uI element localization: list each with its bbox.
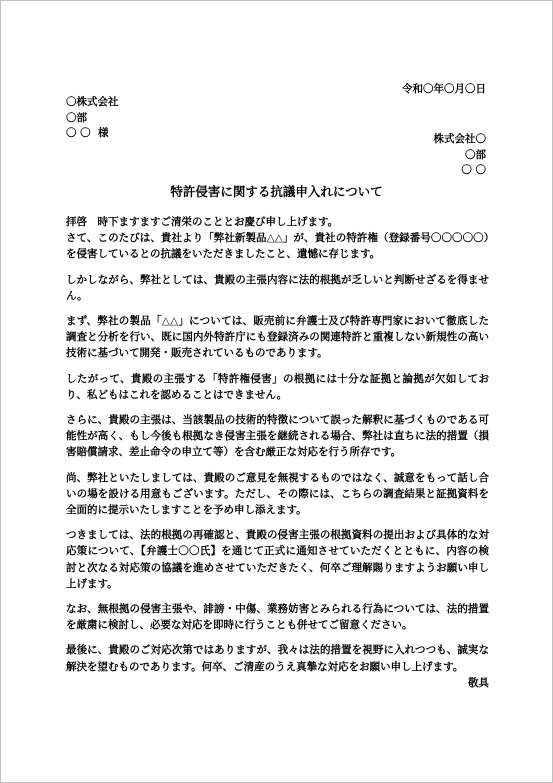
paragraph-position: しかしながら、弊社としては、貴殿の主張内容に法的根拠が乏しいと判断せざるを得ませ… [66, 272, 489, 304]
paragraph-dialogue: 尚、弊社といたしましては、貴殿のご意見を無視するものではなく、誠意をもって話し合… [66, 470, 489, 519]
recipient-company: 〇株式会社 [66, 95, 119, 111]
sender-company: 株式会社〇 [434, 132, 487, 148]
recipient-name: 〇 〇 様 [66, 126, 119, 142]
recipient-block: 〇株式会社 〇部 〇 〇 様 [66, 95, 119, 142]
sender-name: 〇 〇 [434, 163, 487, 179]
paragraph-warning: さらに、貴殿の主張は、当該製品の技術的特徴について誤った解釈に基づくものである可… [66, 412, 489, 461]
paragraph-final: 最後に、貴殿のご対応次第ではありますが、我々は法的措置を視野に入れつつも、誠実な… [66, 642, 489, 674]
closing-remark: 敬具 [66, 675, 489, 691]
letter-date: 令和〇年〇月〇日 [402, 81, 486, 96]
sender-block: 株式会社〇 〇部 〇 〇 [434, 132, 487, 179]
document-page: 令和〇年〇月〇日 〇株式会社 〇部 〇 〇 様 株式会社〇 〇部 〇 〇 特許侵… [0, 0, 553, 783]
recipient-department: 〇部 [66, 111, 119, 127]
letter-body: 拝啓 時下ますますご清栄のこととお慶び申し上げます。 さて、このたびは、貴社より… [66, 214, 489, 700]
paragraph-product: まず、弊社の製品「△△」については、販売前に弁護士及び特許専門家において徹底した… [66, 313, 489, 362]
paragraph-caution: なお、無根拠の侵害主張や、誹謗・中傷、業務妨害とみられる行為については、法的措置… [66, 601, 489, 633]
letter-title: 特許侵害に関する抗議申入れについて [1, 182, 552, 200]
paragraph-greeting: 拝啓 時下ますますご清栄のこととお慶び申し上げます。 さて、このたびは、貴社より… [66, 214, 489, 263]
paragraph-rejection: したがって、貴殿の主張する「特許権侵害」の根拠には十分な証拠と論拠が欠如しており… [66, 371, 489, 403]
paragraph-next-steps: つきましては、法的根拠の再確認と、貴殿の侵害主張の根拠資料の提出および具体的な対… [66, 527, 489, 592]
sender-department: 〇部 [434, 148, 487, 164]
